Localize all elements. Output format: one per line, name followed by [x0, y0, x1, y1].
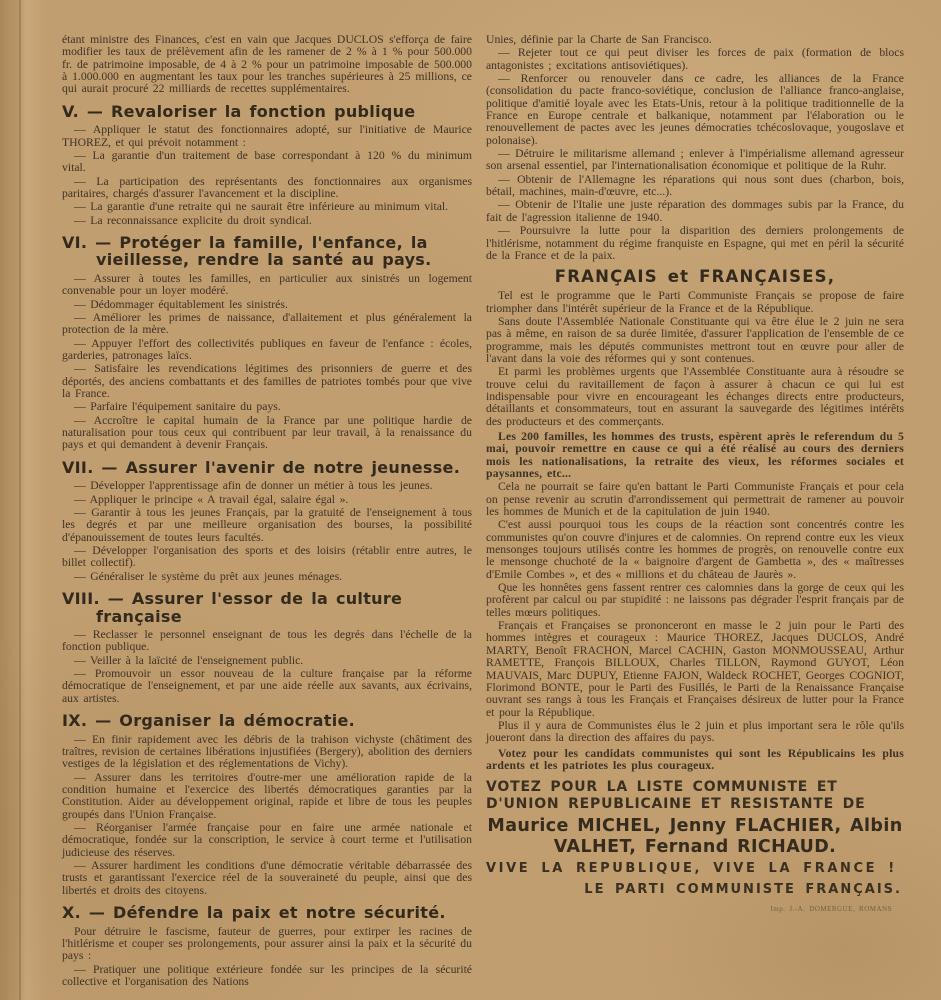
paragraph: Pour détruire le fascisme, fauteur de gu…: [62, 926, 472, 963]
paragraph: étant ministre des Finances, c'est en va…: [62, 34, 472, 96]
paragraph: C'est aussi pourquoi tous les coups de l…: [486, 519, 904, 581]
paragraph: — Appliquer le principe « A travail égal…: [62, 494, 472, 506]
paragraph: — Développer l'organisation des sports e…: [62, 545, 472, 570]
party-signature: LE PARTI COMMUNISTE FRANÇAIS.: [486, 882, 902, 897]
centered-heading: FRANÇAIS et FRANÇAISES,: [486, 268, 904, 286]
paragraph: — En finir rapidement avec les débris de…: [62, 734, 472, 771]
paragraph: — Appuyer l'effort des collectivités pub…: [62, 338, 472, 363]
paragraph: — Parfaire l'équipement sanitaire du pay…: [62, 401, 472, 413]
paragraph: — Assurer dans les territoires d'outre-m…: [62, 772, 472, 821]
paragraph: — Veiller à la laïcité de l'enseignement…: [62, 655, 472, 667]
paragraph: — Réorganiser l'armée française pour en …: [62, 822, 472, 859]
paragraph: Unies, définie par la Charte de San Fran…: [486, 34, 904, 46]
leaflet-page: étant ministre des Finances, c'est en va…: [0, 0, 941, 1000]
paragraph: — Assurer à toutes les familles, en part…: [62, 273, 472, 298]
left-column: étant ministre des Finances, c'est en va…: [62, 34, 472, 989]
paragraph: — Généraliser le système du prêt aux jeu…: [62, 571, 472, 583]
printer-imprint: Imp. J.-A. DOMERGUE, ROMANS: [486, 905, 892, 914]
paper-crease: [19, 0, 21, 1000]
paragraph: — Accroître le capital humain de la Fran…: [62, 415, 472, 452]
candidate-names: Maurice MICHEL, Jenny FLACHIER, Albin VA…: [486, 816, 904, 857]
paragraph: — Assurer hardiment les conditions d'une…: [62, 860, 472, 897]
section-heading: X. — Défendre la paix et notre sécurité.: [62, 904, 472, 922]
paragraph: — La garantie d'une retraite qui ne saur…: [62, 201, 472, 213]
paragraph: — Promouvoir un essor nouveau de la cult…: [62, 668, 472, 705]
paragraph: Et parmi les problèmes urgents que l'Ass…: [486, 366, 904, 428]
section-heading: VII. — Assurer l'avenir de notre jeuness…: [62, 459, 472, 477]
vote-list-caps-line: VOTEZ POUR LA LISTE COMMUNISTE ET D'UNIO…: [486, 779, 904, 812]
bold-paragraph: Les 200 familles, les hommes des trusts,…: [486, 431, 904, 480]
paragraph: — Reclasser le personnel enseignant de t…: [62, 629, 472, 654]
paragraph: — Garantir à tous les jeunes Français, p…: [62, 507, 472, 544]
paragraph: Cela ne pourrait se faire qu'en battant …: [486, 481, 904, 518]
section-heading: V. — Revaloriser la fonction publique: [62, 103, 472, 121]
paragraph: — Dédommager équitablement les sinistrés…: [62, 299, 472, 311]
paragraph: — Renforcer ou renouveler dans ce cadre,…: [486, 73, 904, 147]
paragraph: — La reconnaissance explicite du droit s…: [62, 215, 472, 227]
section-heading: VI. — Protéger la famille, l'enfance, la…: [62, 234, 472, 269]
paragraph: — Détruire le militarisme allemand ; enl…: [486, 148, 904, 173]
paragraph: — Améliorer les primes de naissance, d'a…: [62, 312, 472, 337]
section-heading: IX. — Organiser la démocratie.: [62, 712, 472, 730]
paragraph: Tel est le programme que le Parti Commun…: [486, 290, 904, 315]
paragraph: Plus il y aura de Communistes élus le 2 …: [486, 720, 904, 745]
bold-paragraph: Votez pour les candidats communistes qui…: [486, 748, 904, 773]
slogan-line: VIVE LA REPUBLIQUE, VIVE LA FRANCE !: [486, 861, 904, 876]
right-column: Unies, définie par la Charte de San Fran…: [486, 34, 904, 989]
paragraph: — Obtenir de l'Italie une juste réparati…: [486, 199, 904, 224]
paragraph: — La garantie d'un traitement de base co…: [62, 150, 472, 175]
paragraph: — Développer l'apprentissage afin de don…: [62, 480, 472, 492]
paragraph: Sans doute l'Assemblée Nationale Constit…: [486, 316, 904, 365]
section-heading: VIII. — Assurer l'essor de la culture fr…: [62, 590, 472, 625]
paragraph: — La participation des représentants des…: [62, 176, 472, 201]
paragraph: — Appliquer le statut des fonctionnaires…: [62, 124, 472, 149]
paragraph: Que les honnêtes gens fassent rentrer ce…: [486, 582, 904, 619]
two-column-layout: étant ministre des Finances, c'est en va…: [62, 34, 904, 989]
paragraph: — Satisfaire les revendications légitime…: [62, 363, 472, 400]
paragraph: Français et Françaises se prononceront e…: [486, 620, 904, 719]
paragraph: — Rejeter tout ce qui peut diviser les f…: [486, 47, 904, 72]
paragraph: — Obtenir de l'Allemagne les réparations…: [486, 174, 904, 199]
paragraph: — Poursuivre la lutte pour la disparitio…: [486, 225, 904, 262]
paragraph: — Pratiquer une politique extérieure fon…: [62, 964, 472, 989]
